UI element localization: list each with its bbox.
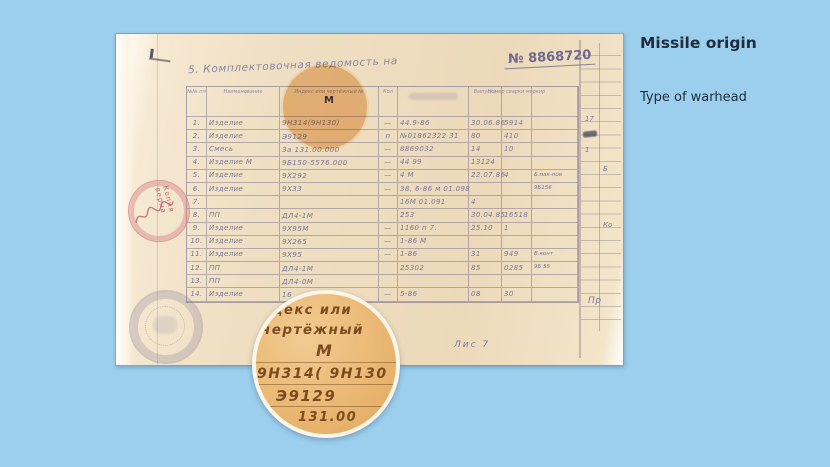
second-sheet-sliver: 171БКо — [581, 43, 621, 331]
table-cell: 38, 6-86 м 01.098 — [398, 183, 469, 196]
table-cell — [532, 288, 578, 301]
table-cell — [502, 236, 532, 249]
sliver-cell-text: Б — [603, 165, 608, 173]
table-cell: Смесь — [207, 143, 280, 156]
table-cell: 9Х265 — [280, 236, 379, 249]
magnified-table-line — [256, 362, 396, 363]
table-cell: 9Б150-5576.000 — [280, 157, 379, 170]
sheet-number-label: Лис 7 — [454, 340, 490, 350]
table-cell: Изделие — [207, 249, 280, 262]
table-cell: ПП — [207, 275, 280, 288]
table-cell: 9. — [187, 223, 207, 236]
table-cell: 80 — [469, 130, 502, 143]
table-cell: — — [379, 157, 398, 170]
missile-origin-label: Missile origin — [640, 34, 757, 52]
col-header-label: №№ пп — [187, 89, 206, 95]
table-cell: 4 М — [398, 170, 469, 183]
table-cell: ПП — [207, 262, 280, 275]
col-header-label: Наименование — [224, 89, 263, 95]
table-cell: — — [379, 288, 398, 301]
magnifier-circle: декс иличертёжныйМ9Н314( 9Н130Э9129131.0… — [252, 290, 400, 438]
table-cell: 13124 — [469, 157, 502, 170]
table-cell: 10. — [187, 236, 207, 249]
magnified-text-line: декс или — [272, 303, 352, 318]
table-cell: 9Б156 — [532, 183, 578, 196]
table-cell: 9Х95М — [280, 223, 379, 236]
table-cell: 14 — [469, 143, 502, 156]
table-cell — [398, 275, 469, 288]
col-header-serial — [398, 87, 469, 117]
table-cell: Изделие — [207, 130, 280, 143]
table-cell: 1160 п 7. — [398, 223, 469, 236]
magnified-table-line — [256, 384, 396, 385]
table-cell: 22.07.86 — [469, 170, 502, 183]
table-cell: — — [379, 236, 398, 249]
sliver-cell-text: Ко — [603, 221, 612, 229]
margin-note: Пр — [588, 296, 602, 306]
table-cell: — — [379, 223, 398, 236]
table-cell: 8869032 — [398, 143, 469, 156]
table-cell: 85 — [469, 262, 502, 275]
col-header-weld: Номер сварки маркир — [502, 87, 532, 117]
table-cell — [379, 275, 398, 288]
table-cell: Изделие М — [207, 157, 280, 170]
table-cell: 5914 — [502, 117, 532, 130]
table-cell: Изделие — [207, 223, 280, 236]
table-cell: 31 — [469, 249, 502, 262]
table-cell: 30.04.85 — [469, 209, 502, 222]
col-header-name: Наименование — [207, 87, 280, 117]
table-cell: 16518 — [502, 209, 532, 222]
table-cell — [532, 157, 578, 170]
table-cell: 25.10 — [469, 223, 502, 236]
table-cell — [207, 196, 280, 209]
table-cell — [469, 183, 502, 196]
table-cell: 949 — [502, 249, 532, 262]
table-cell: 5-86 — [398, 288, 469, 301]
table-cell: 44.9-86 — [398, 117, 469, 130]
table-cell: — — [379, 249, 398, 262]
table-cell: 410 — [502, 130, 532, 143]
table-cell: — — [379, 170, 398, 183]
table-cell: Изделие — [207, 288, 280, 301]
komplekt-table: №№ пп Наименование Индекс или чертёжный … — [186, 86, 579, 303]
table-cell: п — [379, 130, 398, 143]
table-cell: 9Х95 — [280, 249, 379, 262]
magnified-text-line: Э9129 — [276, 387, 336, 405]
col-header-label: Кол — [383, 89, 393, 95]
table-cell: 6. — [187, 183, 207, 196]
table-cell — [502, 196, 532, 209]
table-cell: ПП — [207, 209, 280, 222]
magnified-table-line — [256, 406, 396, 407]
table-cell: Изделие — [207, 170, 280, 183]
table-cell: — — [379, 117, 398, 130]
magnified-text-line: 9Н314( 9Н130 — [257, 366, 388, 382]
table-cell — [379, 262, 398, 275]
table-cell: — — [379, 143, 398, 156]
table-cell: 3. — [187, 143, 207, 156]
round-seal-stamp — [129, 290, 203, 364]
table-cell: 9Х33 — [280, 183, 379, 196]
table-cell: 2. — [187, 130, 207, 143]
table-cell: 4. — [187, 157, 207, 170]
table-cell: №01862322 31 — [398, 130, 469, 143]
sliver-column-line — [599, 43, 600, 331]
warhead-type-label: Type of warhead — [640, 90, 747, 105]
table-cell: 08 — [469, 288, 502, 301]
table-cell — [379, 209, 398, 222]
magnified-text-line: М — [316, 341, 333, 360]
table-cell — [532, 130, 578, 143]
table-cell: 1-86 — [398, 249, 469, 262]
sliver-cell-text: 1 — [585, 146, 589, 154]
ink-scribble — [583, 130, 598, 137]
table-cell — [532, 275, 578, 288]
table-cell: 30.06.86 — [469, 117, 502, 130]
table-cell: 44 99 — [398, 157, 469, 170]
table-cell: В.конт — [532, 249, 578, 262]
table-cell: Изделие — [207, 117, 280, 130]
table-cell: 9Б 55 — [532, 262, 578, 275]
table-cell: 1-86 М — [398, 236, 469, 249]
table-cell — [502, 157, 532, 170]
table-cell: 5. — [187, 170, 207, 183]
table-cell: Б.пак-пов — [532, 170, 578, 183]
table-cell: 1 — [502, 223, 532, 236]
table-cell: 30 — [502, 288, 532, 301]
table-cell — [532, 209, 578, 222]
table-cell: 25302 — [398, 262, 469, 275]
table-cell: 9Х292 — [280, 170, 379, 183]
table-cell — [532, 117, 578, 130]
document-title: 5. Комплектовочная ведомость на — [188, 50, 518, 76]
col-header-note — [532, 87, 578, 117]
table-cell — [379, 196, 398, 209]
table-cell: 1. — [187, 117, 207, 130]
table-cell: 10 — [502, 143, 532, 156]
pencil-mark — [149, 49, 171, 63]
table-cell: ДЛ4-0М — [280, 275, 379, 288]
table-cell: 13. — [187, 275, 207, 288]
table-cell — [502, 275, 532, 288]
table-cell: 16М 01.091 — [398, 196, 469, 209]
table-cell: Изделие — [207, 236, 280, 249]
table-cell: — — [379, 183, 398, 196]
magnified-text-line: чертёжный — [261, 322, 364, 338]
table-cell — [469, 275, 502, 288]
table-cell: 11. — [187, 249, 207, 262]
table-cell: 12. — [187, 262, 207, 275]
col-header-qty: Кол — [379, 87, 398, 117]
table-cell — [280, 196, 379, 209]
table-cell — [532, 223, 578, 236]
table-cell: 4 — [469, 196, 502, 209]
table-cell — [502, 183, 532, 196]
magnified-text-line: 131.00 — [298, 410, 357, 425]
table-cell — [532, 236, 578, 249]
table-cell — [532, 143, 578, 156]
table-cell: Изделие — [207, 183, 280, 196]
table-cell — [532, 196, 578, 209]
highlight-circle — [283, 65, 367, 149]
table-cell — [469, 236, 502, 249]
table-cell: 253 — [398, 209, 469, 222]
table-cell: 0285 — [502, 262, 532, 275]
col-header-num: №№ пп — [187, 87, 207, 117]
table-cell: ДЛ4-1М — [280, 209, 379, 222]
sliver-cell-text: 17 — [585, 115, 594, 123]
table-cell: 4 — [502, 170, 532, 183]
table-cell: ДЛ4-1М — [280, 262, 379, 275]
